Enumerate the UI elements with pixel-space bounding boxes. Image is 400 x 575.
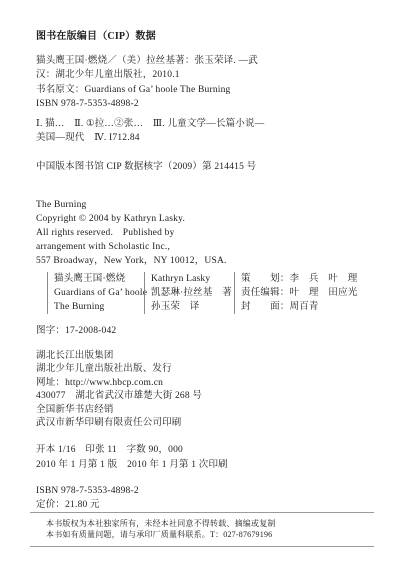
publisher-name: 湖北少年儿童出版社出版、发行 bbox=[36, 363, 374, 377]
classification-line: Ⅰ. 猫… Ⅱ. ①拉…②张… Ⅲ. 儿童文学—长篇小说— bbox=[36, 117, 374, 132]
printer: 武汉市新华印刷有限责任公司印刷 bbox=[36, 417, 374, 431]
copyright-page: 图书在版编目（CIP）数据 猫头鹰王国·燃烧／（美）拉丝基著：张玉荣译. —武 … bbox=[0, 0, 400, 575]
license-number: 图字：17-2008-042 bbox=[36, 324, 374, 339]
copyright-line: All rights reserved. Published by bbox=[36, 226, 374, 240]
distributor: 全国新华书店经销 bbox=[36, 404, 374, 418]
credits-table: 猫头鹰王国·燃烧 Guardians of Ga’ hoole The Burn… bbox=[47, 272, 374, 314]
cip-line: 汉：湖北少年儿童出版社，2010.1 bbox=[36, 68, 374, 83]
copyright-line: arrangement with Scholastic Inc., bbox=[36, 240, 374, 254]
copyright-line: 557 Broadway，New York，NY 10012，USA. bbox=[36, 254, 374, 268]
credits-col-author: Kathryn Lasky 凯瑟琳·拉丝基 著 孙玉荣 译 bbox=[144, 272, 234, 314]
author-en: Kathryn Lasky bbox=[151, 272, 234, 286]
author-cn: 凯瑟琳·拉丝基 著 bbox=[151, 286, 234, 300]
price: 定价：21.80 元 bbox=[36, 498, 374, 512]
publishing-group: 湖北长江出版集团 bbox=[36, 350, 374, 364]
publisher-info: 湖北长江出版集团 湖北少年儿童出版社出版、发行 网址：http://www.hb… bbox=[36, 350, 374, 431]
cip-description: 猫头鹰王国·燃烧／（美）拉丝基著：张玉荣译. —武 汉：湖北少年儿童出版社，20… bbox=[36, 54, 374, 112]
cover-credit: 封 面：周百青 bbox=[241, 300, 373, 314]
isbn: ISBN 978-7-5353-4898-2 bbox=[36, 484, 374, 498]
credits-col-editors: 策 划：李 兵 叶 理 责任编辑：叶 理 田应光 封 面：周百青 bbox=[234, 272, 373, 314]
translator: 孙玉荣 译 bbox=[151, 300, 234, 314]
book-title-cn: 猫头鹰王国·燃烧 bbox=[54, 272, 144, 286]
cip-record-number: 中国版本图书馆 CIP 数据核字（2009）第 214415 号 bbox=[36, 160, 374, 175]
editor-credit: 责任编辑：叶 理 田应光 bbox=[241, 286, 373, 300]
publisher-address: 430077 湖北省武汉市雄楚大街 268 号 bbox=[36, 390, 374, 404]
page-content: 图书在版编目（CIP）数据 猫头鹰王国·燃烧／（美）拉丝基著：张玉荣译. —武 … bbox=[36, 30, 374, 512]
rights-notice-box: 本书版权为本社独家所有，未经本社同意不得转载、摘编或复制 本书如有质量问题，请与… bbox=[30, 512, 374, 547]
copyright-line: Copyright © 2004 by Kathryn Lasky. bbox=[36, 212, 374, 226]
edition-spec: 2010 年 1 月第 1 版 2010 年 1 月第 1 次印刷 bbox=[36, 458, 374, 473]
book-title-en: The Burning bbox=[54, 300, 144, 314]
copyright-line: The Burning bbox=[36, 198, 374, 212]
classification-line: 美国—现代 Ⅳ. I712.84 bbox=[36, 131, 374, 146]
isbn-price-block: ISBN 978-7-5353-4898-2 定价：21.80 元 bbox=[36, 484, 374, 512]
planner-credit: 策 划：李 兵 叶 理 bbox=[241, 272, 373, 286]
quality-contact-line: 本书如有质量问题，请与承印厂质量科联系。T：027-87679196 bbox=[46, 529, 374, 540]
cip-title: 图书在版编目（CIP）数据 bbox=[36, 30, 374, 45]
print-spec: 开本 1/16 印张 11 字数 90，000 2010 年 1 月第 1 版 … bbox=[36, 443, 374, 473]
cip-original-title: 书名原文：Guardians of Ga’ hoole The Burning bbox=[36, 83, 374, 98]
cip-line: 猫头鹰王国·燃烧／（美）拉丝基著：张玉荣译. —武 bbox=[36, 54, 374, 69]
credits-col-title: 猫头鹰王国·燃烧 Guardians of Ga’ hoole The Burn… bbox=[47, 272, 144, 314]
rights-notice-line: 本书版权为本社独家所有，未经本社同意不得转载、摘编或复制 bbox=[46, 518, 374, 529]
format-spec: 开本 1/16 印张 11 字数 90，000 bbox=[36, 443, 374, 458]
copyright-notice: The Burning Copyright © 2004 by Kathryn … bbox=[36, 198, 374, 268]
book-series-en: Guardians of Ga’ hoole bbox=[54, 286, 144, 300]
cip-classification: Ⅰ. 猫… Ⅱ. ①拉…②张… Ⅲ. 儿童文学—长篇小说— 美国—现代 Ⅳ. I… bbox=[36, 117, 374, 146]
cip-isbn: ISBN 978-7-5353-4898-2 bbox=[36, 97, 374, 112]
publisher-website: 网址：http://www.hbcp.com.cn bbox=[36, 377, 374, 391]
